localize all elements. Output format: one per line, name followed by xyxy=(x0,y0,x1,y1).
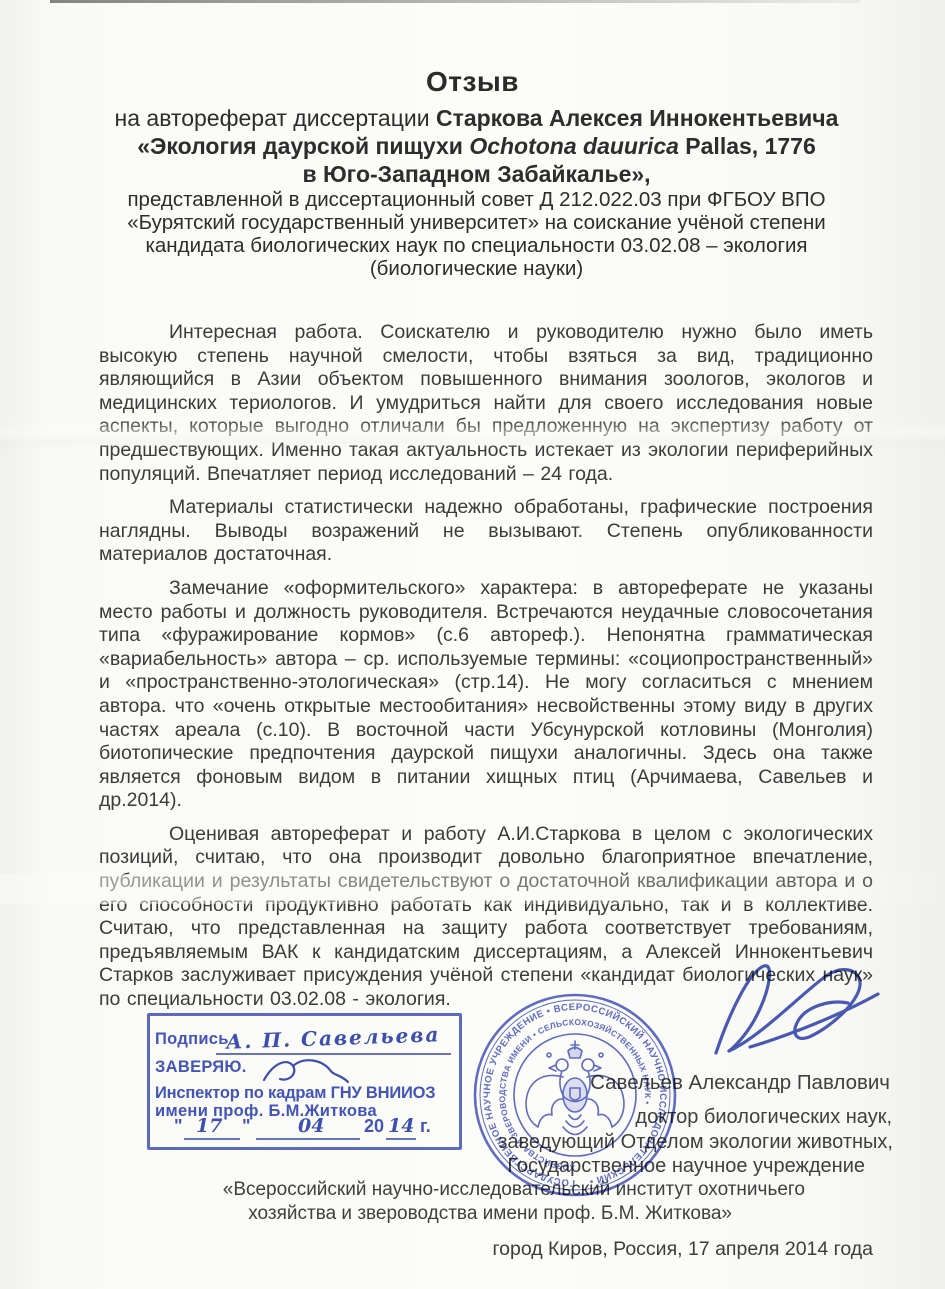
year-prefix: 20 xyxy=(364,1116,384,1137)
zaveryayu-label: ЗАВЕРЯЮ. xyxy=(155,1058,247,1077)
year-suffix: г. xyxy=(420,1116,431,1137)
handwritten-flourish xyxy=(260,1054,352,1088)
handwritten-year: 14 xyxy=(388,1115,414,1137)
species-latin-name: Ochotona dauurica xyxy=(469,133,679,159)
subtitle-line-1-normal: на автореферат диссертации xyxy=(115,105,436,131)
dissertation-title-part1: «Экология даурской пищухи xyxy=(137,133,469,159)
date-close-quote: " xyxy=(242,1116,251,1137)
handwritten-day: 17 xyxy=(196,1115,222,1137)
subtitle-line-6: кандидата биологических наук по специаль… xyxy=(60,234,893,257)
scan-edge-artifact xyxy=(50,0,860,3)
signer-institute-line-2: хозяйства и звероводства имени проф. Б.М… xyxy=(248,1203,732,1225)
subtitle-line-3: в Юго-Западном Забайкалье», xyxy=(60,160,893,188)
document-subtitle: на автореферат диссертации Старкова Алек… xyxy=(60,104,893,280)
page-title: Отзыв xyxy=(0,66,945,98)
subtitle-line-5: «Бурятский государственный университет» … xyxy=(60,211,893,234)
dissertation-title-part2: Pallas, 1776 xyxy=(679,133,816,159)
handwritten-month: 04 xyxy=(298,1115,324,1137)
subtitle-line-2: «Экология даурской пищухи Ochotona dauur… xyxy=(60,132,893,160)
place-and-date-line: город Киров, Россия, 17 апреля 2014 года xyxy=(492,1238,873,1261)
signature-line: А. П. Савельева xyxy=(216,1026,451,1055)
paragraph-1: Интересная работа. Соискателю и руководи… xyxy=(99,321,873,486)
subtitle-line-7: (биологические науки) xyxy=(60,257,893,280)
date-open-quote: " xyxy=(174,1116,183,1137)
dissertation-author-name: Старкова Алексея Иннокентьевича xyxy=(436,105,838,131)
paragraph-3: Замечание «оформительского» характера: в… xyxy=(99,577,873,813)
handwritten-signature xyxy=(688,953,900,1071)
double-headed-eagle-icon xyxy=(526,1041,624,1135)
certification-stamp: Подпись А. П. Савельева ЗАВЕРЯЮ. Инспект… xyxy=(147,1013,462,1150)
paragraph-2: Материалы статистически надежно обработа… xyxy=(99,496,873,567)
subtitle-line-4: представленной в диссертационный совет Д… xyxy=(60,188,893,211)
handwritten-name: А. П. Савельева xyxy=(226,1022,441,1053)
subtitle-line-1: на автореферат диссертации Старкова Алек… xyxy=(60,104,893,132)
review-body: Интересная работа. Соискателю и руководи… xyxy=(99,321,873,1022)
official-round-seal: ГОСУДАРСТВЕННОЕ НАУЧНОЕ УЧРЕЖДЕНИЕ • ВСЕ… xyxy=(473,993,677,1197)
document-page: Отзыв на автореферат диссертации Старков… xyxy=(0,0,945,1289)
